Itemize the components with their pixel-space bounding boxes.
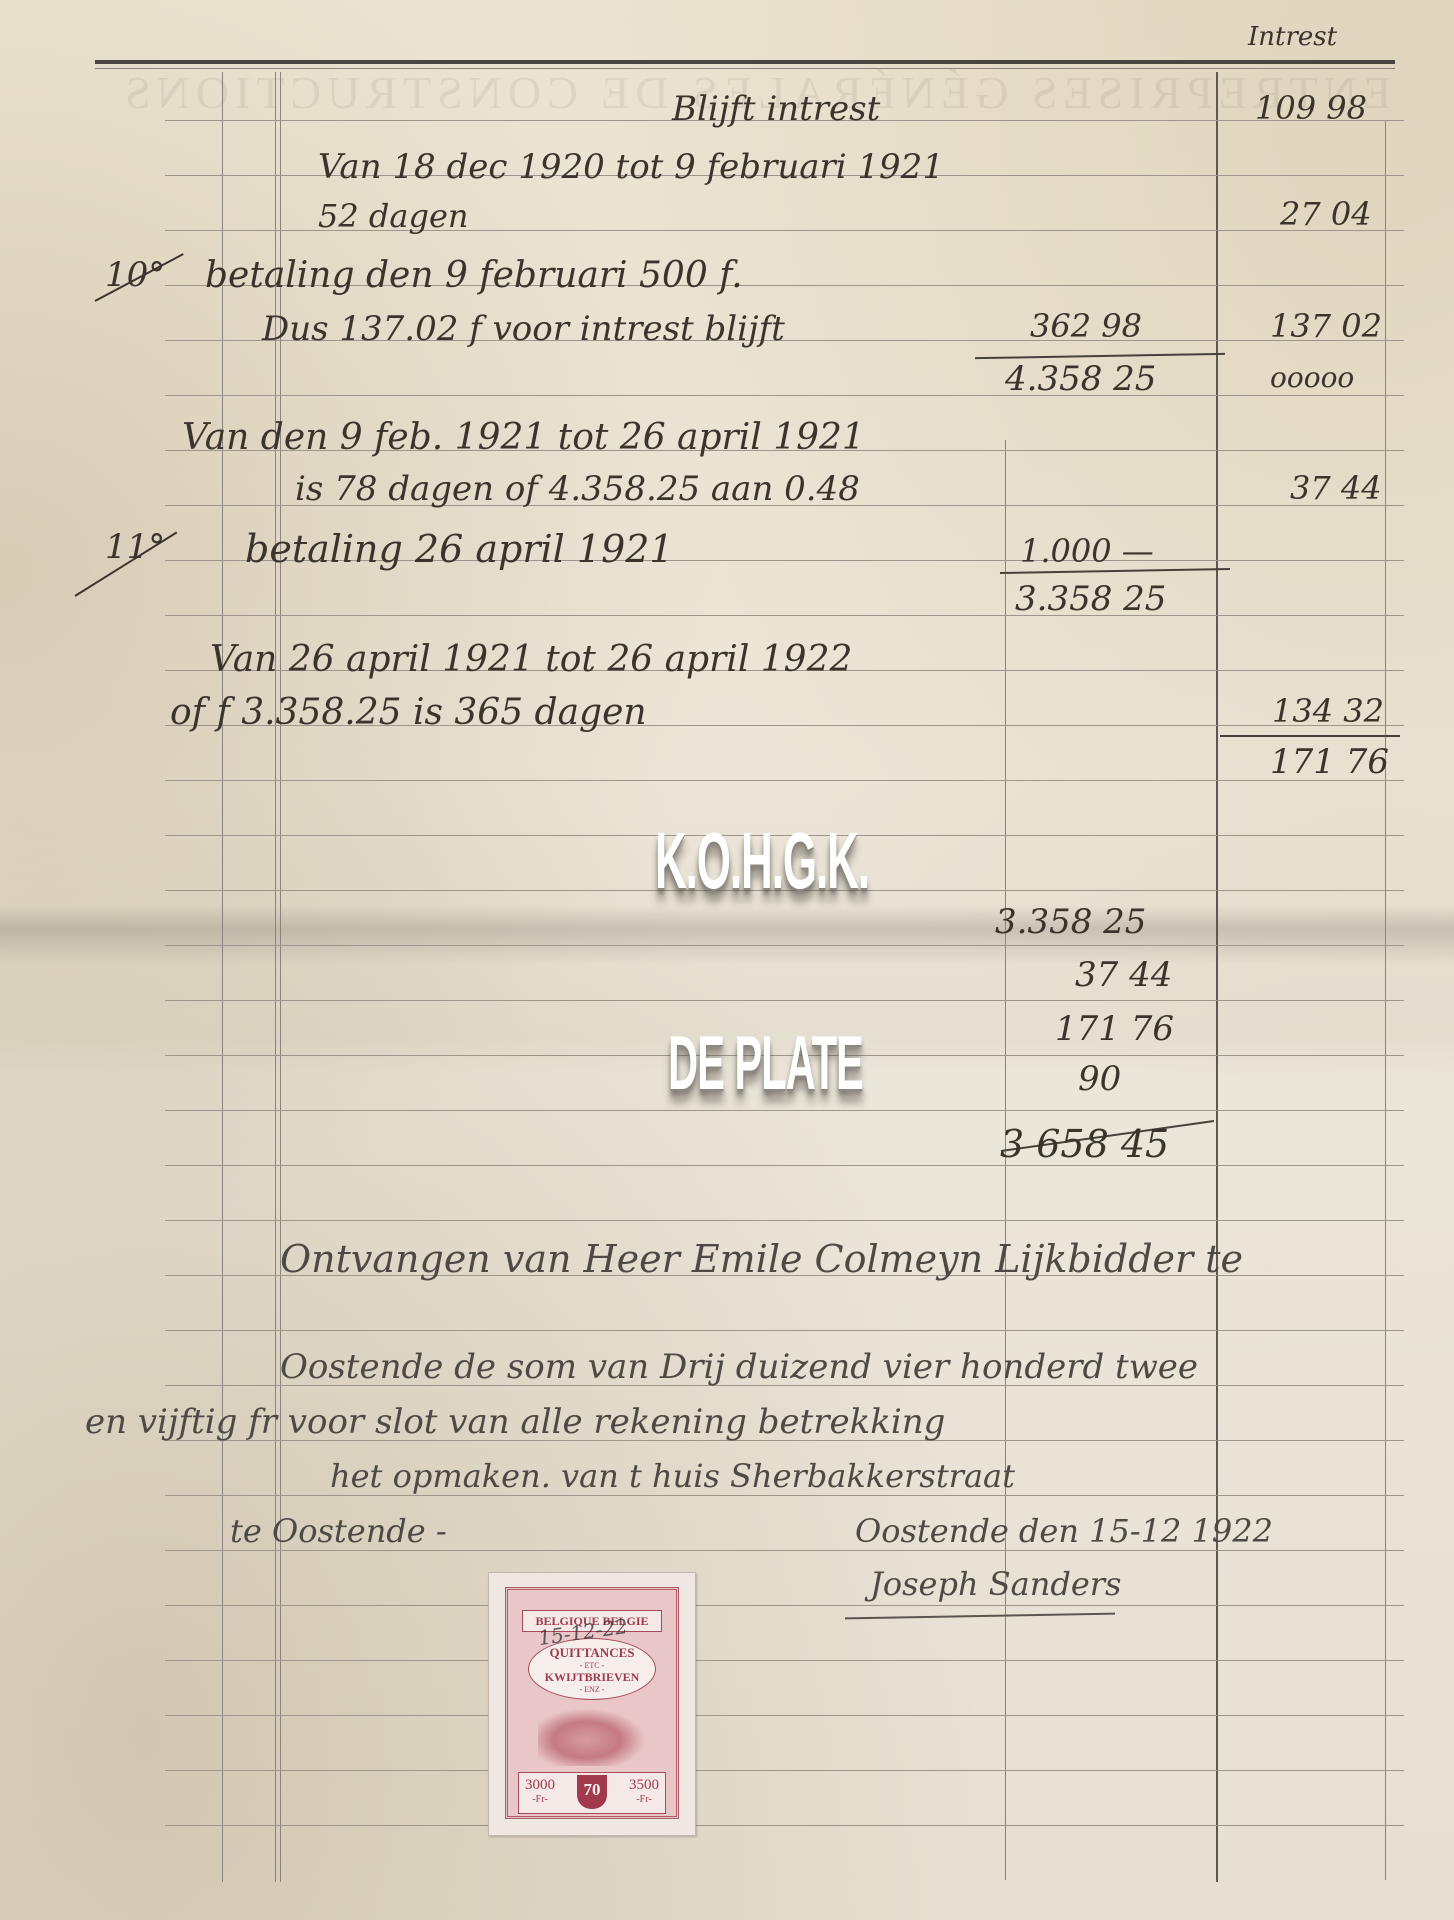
ledger-amount: 37 44 bbox=[1290, 472, 1382, 504]
stamp-values: 3000 -Fr- 70 3500 -Fr- bbox=[518, 1772, 666, 1814]
document-page: ENTREPRISES GÉNÉRALES DE CONSTRUCTIONS I… bbox=[0, 0, 1454, 1920]
sum-line: 171 76 bbox=[1055, 1012, 1174, 1046]
ledger-amount: 134 32 bbox=[1272, 695, 1384, 727]
column-header-intrest: Intrest bbox=[1248, 24, 1337, 50]
stamp-left-unit: -Fr- bbox=[525, 1794, 555, 1805]
ledger-amount: 109 98 bbox=[1255, 92, 1367, 124]
top-rule-thin bbox=[95, 68, 1395, 69]
receipt-line: Ontvangen van Heer Emile Colmeyn Lijkbid… bbox=[280, 1240, 1243, 1278]
stamp-right-value: 3500 -Fr- bbox=[629, 1777, 659, 1805]
ledger-text: of f 3.358.25 is 365 dagen bbox=[170, 695, 647, 731]
watermark-kohgk: K.O.H.G.K. bbox=[655, 815, 869, 907]
ledger-text: Van 26 april 1921 tot 26 april 1922 bbox=[210, 642, 852, 678]
receipt-line: te Oostende - bbox=[230, 1515, 447, 1547]
lion-icon bbox=[538, 1708, 646, 1766]
margin-line-1 bbox=[222, 72, 223, 1882]
stamp-denomination-shield: 70 bbox=[577, 1775, 607, 1809]
receipt-line: het opmaken. van t huis Sherbakkerstraat bbox=[330, 1460, 1015, 1492]
sum-total: 3 658 45 bbox=[1000, 1125, 1169, 1163]
stamp-title-nl: KWIJTBRIEVEN bbox=[529, 1670, 655, 1685]
sum-line: 3.358 25 bbox=[995, 905, 1146, 939]
watermark-de-plate: DE PLATE bbox=[668, 1020, 863, 1107]
ruled-line bbox=[165, 1660, 1404, 1661]
amount-column-line bbox=[1216, 72, 1218, 1882]
stamp-left-value: 3000 -Fr- bbox=[525, 1777, 555, 1805]
ruled-line bbox=[165, 1715, 1404, 1716]
ledger-text: Van 18 dec 1920 tot 9 februari 1921 bbox=[318, 150, 944, 184]
ledger-amount: 137 02 bbox=[1270, 310, 1382, 342]
ledger-text: is 78 dagen of 4.358.25 aan 0.48 bbox=[295, 472, 860, 506]
ruled-line bbox=[165, 395, 1404, 396]
ruled-line bbox=[165, 780, 1404, 781]
ledger-text: Van den 9 feb. 1921 tot 26 april 1921 bbox=[182, 420, 865, 456]
sum-line: 37 44 bbox=[1075, 958, 1172, 992]
revenue-stamp: BELGIQUE BELGIE QUITTANCES - ETC - KWIJT… bbox=[488, 1572, 696, 1836]
top-rule bbox=[95, 60, 1395, 64]
payment-index: 10° bbox=[105, 258, 165, 292]
ledger-text: Blijft intrest bbox=[672, 92, 880, 126]
total-rule bbox=[1220, 735, 1400, 737]
ruled-line bbox=[165, 1000, 1404, 1001]
ruled-line bbox=[165, 1605, 1404, 1606]
ledger-amount: ooooo bbox=[1270, 364, 1354, 392]
ruled-line bbox=[165, 1330, 1404, 1331]
stamp-right-amount: 3500 bbox=[629, 1777, 659, 1793]
ledger-subtotal: 4.358 25 bbox=[1005, 362, 1156, 396]
ledger-text: betaling den 9 februari 500 f. bbox=[205, 258, 743, 294]
sum-line: 90 bbox=[1078, 1062, 1121, 1096]
ledger-amount: 27 04 bbox=[1280, 198, 1372, 230]
ledger-text: Dus 137.02 f voor intrest blijft bbox=[262, 312, 785, 346]
paper-fold bbox=[0, 905, 1454, 965]
stamp-etc: - ETC - bbox=[529, 1661, 655, 1670]
receipt-line: Oostende de som van Drij duizend vier ho… bbox=[280, 1350, 1198, 1384]
ruled-line bbox=[165, 1770, 1404, 1771]
stamp-enz: - ENZ - bbox=[529, 1685, 655, 1694]
signature: Joseph Sanders bbox=[870, 1568, 1121, 1600]
ruled-line bbox=[165, 1220, 1404, 1221]
ruled-line bbox=[165, 1825, 1404, 1826]
signature-flourish bbox=[845, 1613, 1115, 1620]
ledger-subtotal: 1.000 — bbox=[1020, 535, 1154, 567]
ledger-subtotal: 362 98 bbox=[1030, 310, 1142, 342]
place-date: Oostende den 15-12 1922 bbox=[855, 1515, 1273, 1547]
stamp-left-amount: 3000 bbox=[525, 1777, 555, 1793]
receipt-line: en vijftig fr voor slot van alle rekenin… bbox=[85, 1405, 945, 1439]
ledger-subtotal: 3.358 25 bbox=[1015, 582, 1166, 616]
ruled-line bbox=[165, 1165, 1404, 1166]
stamp-right-unit: -Fr- bbox=[629, 1794, 659, 1805]
ruled-line bbox=[165, 945, 1404, 946]
ruled-line bbox=[165, 1495, 1404, 1496]
ledger-text: betaling 26 april 1921 bbox=[245, 530, 674, 568]
ruled-line bbox=[165, 615, 1404, 616]
ruled-line bbox=[165, 1110, 1404, 1111]
ruled-line bbox=[165, 1550, 1404, 1551]
ledger-amount-total: 171 76 bbox=[1270, 745, 1389, 779]
ledger-text: 52 dagen bbox=[318, 200, 468, 232]
stamp-frame: BELGIQUE BELGIE QUITTANCES - ETC - KWIJT… bbox=[505, 1587, 679, 1819]
